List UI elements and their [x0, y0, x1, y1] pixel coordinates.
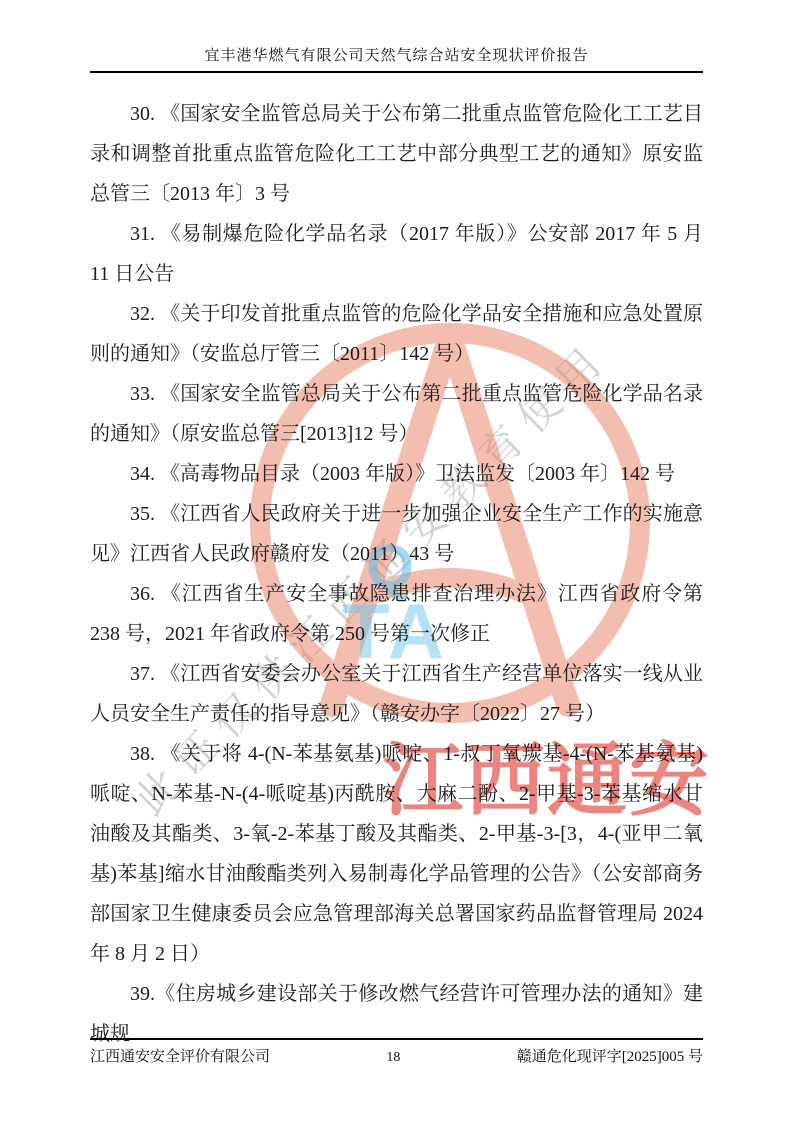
list-item-32: 32. 《关于印发首批重点监管的危险化学品安全措施和应急处置原则的通知》（安监总…: [90, 294, 703, 374]
header-rule: [90, 71, 703, 73]
list-item-36: 36. 《江西省生产安全事故隐患排查治理办法》江西省政府令第 238 号，202…: [90, 574, 703, 654]
page-header: 宜丰港华燃气有限公司天然气综合站安全现状评价报告: [90, 44, 703, 73]
document-page: 此证仅供江西通安教育使用 Q TA 江西通安 宜丰港华燃气有限公司天然气综合站安…: [0, 0, 793, 1122]
report-title: 宜丰港华燃气有限公司天然气综合站安全现状评价报告: [90, 44, 703, 65]
list-item-30: 30. 《国家安全监管总局关于公布第二批重点监管危险化工工艺目录和调整首批重点监…: [90, 94, 703, 214]
page-number: 18: [386, 1050, 400, 1066]
list-item-38: 38. 《关于将 4-(N-苯基氨基)哌啶、1-叔丁氧羰基-4-(N-苯基氨基)…: [90, 734, 703, 974]
list-item-33: 33. 《国家安全监管总局关于公布第二批重点监管危险化学品名录的通知》（原安监总…: [90, 374, 703, 454]
list-item-34: 34. 《高毒物品目录（2003 年版）》卫法监发〔2003 年〕142 号: [90, 454, 703, 494]
footer-doc-number: 赣通危化现评字[2025]005 号: [517, 1045, 703, 1066]
list-item-31: 31. 《易制爆危险化学品名录（2017 年版）》公安部 2017 年 5 月 …: [90, 214, 703, 294]
page-footer: 江西通安安全评价有限公司 18 赣通危化现评字[2025]005 号: [90, 1038, 703, 1066]
list-item-37: 37. 《江西省安委会办公室关于江西省生产经营单位落实一线从业人员安全生产责任的…: [90, 654, 703, 734]
list-item-35: 35. 《江西省人民政府关于进一步加强企业安全生产工作的实施意见》江西省人民政府…: [90, 494, 703, 574]
footer-rule: [90, 1038, 703, 1040]
footer-company: 江西通安安全评价有限公司: [90, 1045, 270, 1066]
document-body: 30. 《国家安全监管总局关于公布第二批重点监管危险化工工艺目录和调整首批重点监…: [90, 94, 703, 1054]
